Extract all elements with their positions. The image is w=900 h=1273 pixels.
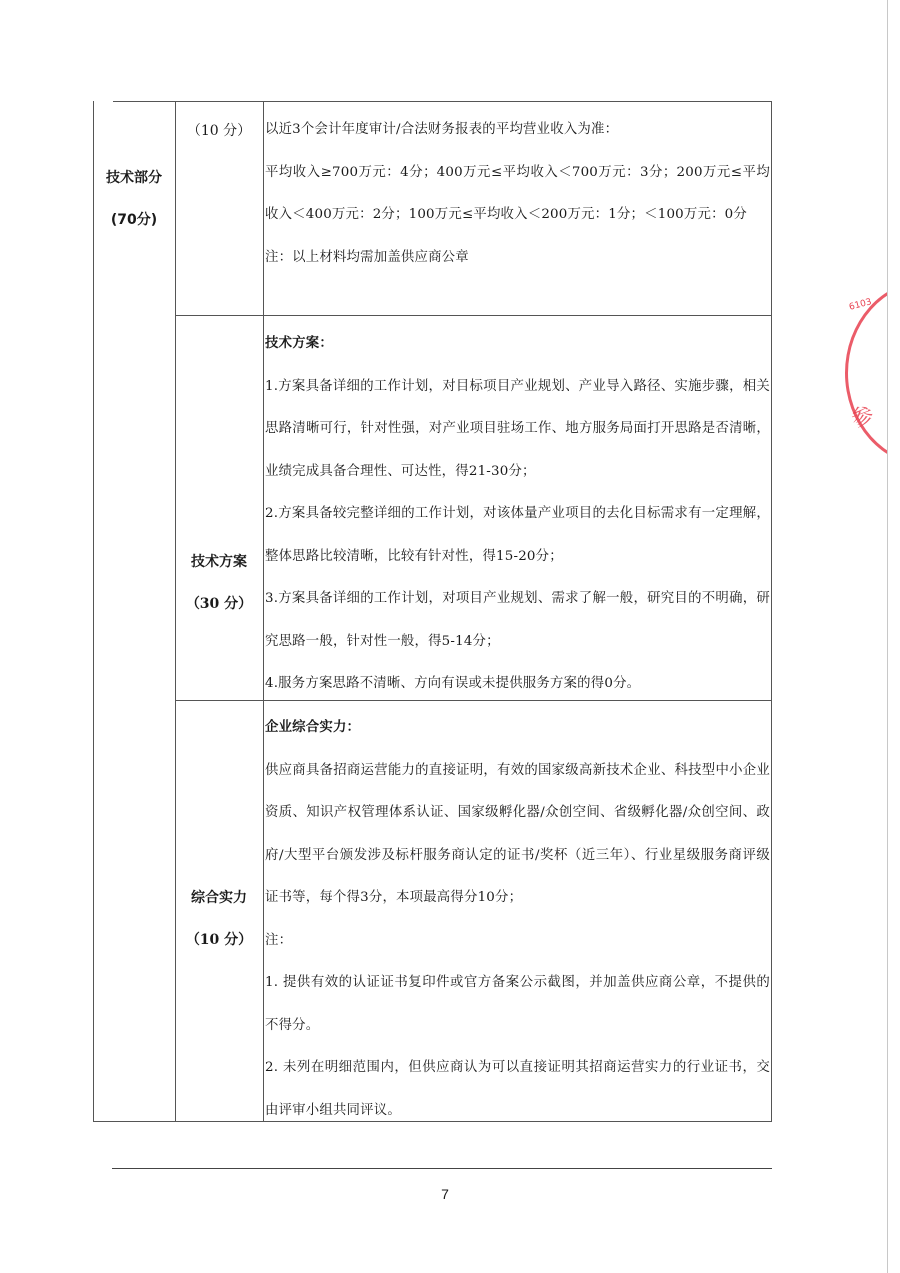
criterion-score: （30 分） (175, 583, 263, 625)
content-line: 4.服务方案思路不清晰、方向有误或未提供服务方案的得0分。 (265, 663, 770, 706)
content-line: 1.方案具备详细的工作计划，对目标项目产业规划、产业导入路径、实施步骤，相关思路… (265, 366, 770, 494)
table-top-border (113, 101, 772, 102)
footer-divider (112, 1168, 772, 1169)
criterion-name: 技术方案 (175, 541, 263, 583)
column-divider-2 (263, 101, 264, 1122)
criterion-score: （10 分） (175, 919, 263, 961)
content-line: 注： (265, 920, 770, 963)
content-line: 供应商具备招商运营能力的直接证明，有效的国家级高新技术企业、科技型中小企业资质、… (265, 750, 770, 920)
section-score: (70分) (93, 199, 175, 241)
content-line: 2. 未列在明细范围内，但供应商认为可以直接证明其招商运营实力的行业证书，交由评… (265, 1047, 770, 1132)
content-line: 平均收入≥700万元：4分；400万元≤平均收入＜700万元：3分；200万元≤… (265, 152, 770, 237)
content-cell-technical-plan: 技术方案： 1.方案具备详细的工作计划，对目标项目产业规划、产业导入路径、实施步… (265, 323, 770, 706)
table-left-border (93, 101, 94, 1122)
scan-page-edge (887, 0, 888, 1273)
section-name: 技术部分 (93, 157, 175, 199)
scoring-table: 技术部分 (70分) （10 分） 以近3个会计年度审计/合法财务报表的平均营业… (93, 101, 772, 1122)
criterion-cell-technical-plan: 技术方案 （30 分） (175, 541, 263, 625)
page-number: 7 (430, 1186, 460, 1202)
content-heading: 企业综合实力： (265, 707, 770, 750)
content-cell-revenue: 以近3个会计年度审计/合法财务报表的平均营业收入为准： 平均收入≥700万元：4… (265, 109, 770, 279)
table-right-border (771, 101, 772, 1122)
criterion-name: 综合实力 (175, 877, 263, 919)
content-line: 以近3个会计年度审计/合法财务报表的平均营业收入为准： (265, 109, 770, 152)
content-heading: 技术方案： (265, 323, 770, 366)
criterion-cell-revenue: （10 分） (175, 117, 263, 145)
criterion-cell-overall-strength: 综合实力 （10 分） (175, 877, 263, 961)
content-line: 注：以上材料均需加盖供应商公章 (265, 237, 770, 280)
row-divider-1 (175, 315, 772, 316)
content-cell-overall-strength: 企业综合实力： 供应商具备招商运营能力的直接证明，有效的国家级高新技术企业、科技… (265, 707, 770, 1132)
content-line: 2.方案具备较完整详细的工作计划，对该体量产业项目的去化目标需求有一定理解，整体… (265, 493, 770, 578)
content-line: 1. 提供有效的认证证书复印件或官方备案公示截图，并加盖供应商公章，不提供的不得… (265, 962, 770, 1047)
criterion-score: （10 分） (175, 117, 263, 145)
section-cell: 技术部分 (70分) (93, 157, 175, 241)
content-line: 3.方案具备详细的工作计划，对项目产业规划、需求了解一般，研究目的不明确，研究思… (265, 578, 770, 663)
red-seal-stamp-icon: 6103 参 (845, 280, 887, 460)
